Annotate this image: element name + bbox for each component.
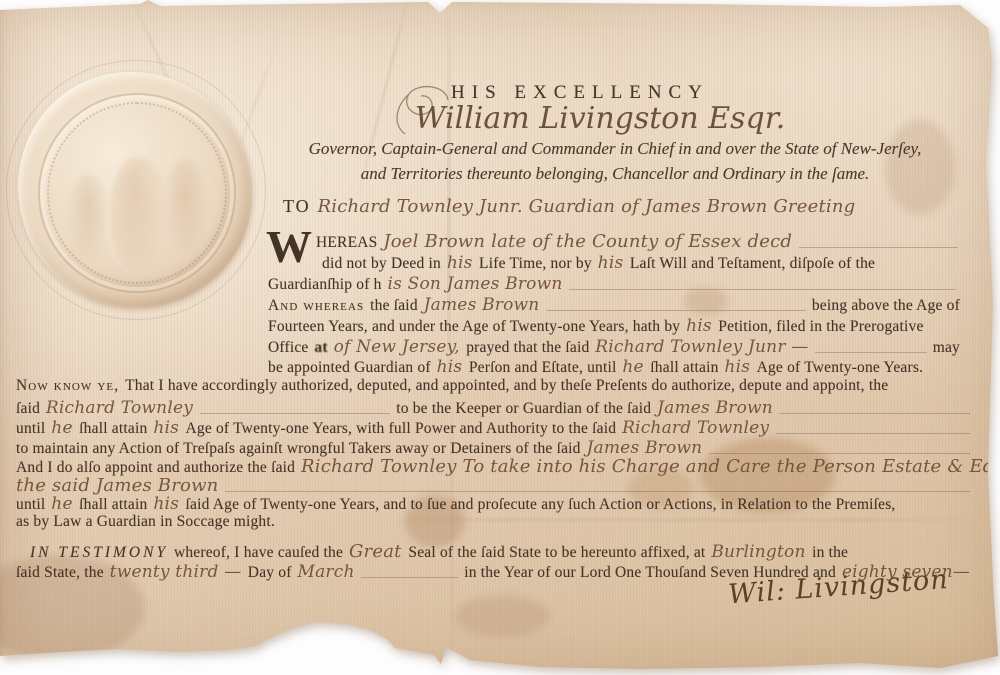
ink-blotted-word: at	[314, 339, 327, 357]
body-line-10: until he ſhall attain his Age of Twenty-…	[16, 418, 970, 438]
blank-rule	[709, 453, 970, 454]
seal-relief-left-figure	[68, 175, 108, 260]
printed-text: Age of Twenty-one Years.	[757, 359, 924, 377]
printed-text: whereof, I have cauſed the	[174, 544, 343, 562]
printed-text: Office	[268, 339, 309, 357]
handwritten-text: twenty third —	[110, 562, 242, 582]
blank-rule	[569, 289, 956, 290]
body-line-3: Guardianſhip of h is Son James Brown	[268, 274, 956, 294]
printed-text: Laſt Will and Teſtament, diſpoſe of the	[630, 255, 875, 273]
dropcap-w: W	[266, 224, 312, 270]
stain	[455, 595, 550, 637]
blank-rule	[200, 413, 391, 414]
handwritten-text: the said James Brown	[16, 475, 218, 496]
handwritten-text: Richard Townley	[46, 398, 193, 418]
handwritten-text: his	[447, 253, 473, 273]
recipient-handwritten: Richard Townley Junr. Guardian of James …	[318, 196, 856, 217]
handwritten-text: he	[51, 418, 72, 438]
printed-text: to be the Keeper or Guardian of the ſaid	[396, 400, 651, 418]
body-line-4: And whereas the ſaid James Brown being a…	[268, 295, 960, 315]
blank-rule	[546, 310, 806, 311]
handwritten-text: his	[153, 418, 179, 438]
handwritten-text: of New Jersey,	[334, 337, 460, 357]
handwritten-text: his	[598, 253, 624, 273]
body-line-12: And I do alſo appoint and authorize the …	[16, 456, 970, 477]
printed-text: ſaid State, the	[16, 564, 104, 582]
printed-text: may	[933, 339, 960, 357]
printed-text: HEREAS	[316, 234, 377, 252]
printed-text: Guardianſhip of h	[268, 276, 382, 294]
salutation-line: TO Richard Townley Junr. Guardian of Jam…	[283, 196, 940, 217]
handwritten-text: his	[153, 494, 179, 514]
handwritten-text: James Brown	[424, 295, 540, 315]
body-line-14: until he ſhall attain his ſaid Age of Tw…	[16, 494, 970, 514]
printed-text: be appointed Guardian of	[268, 359, 431, 377]
handwritten-text: Great	[349, 541, 402, 562]
printed-text: Age of Twenty-one Years, with full Power…	[185, 420, 616, 438]
to-label: TO	[283, 196, 311, 217]
printed-text: as by Law a Guardian in Soccage might.	[16, 513, 275, 531]
printed-text: the ſaid	[370, 297, 418, 315]
office-line-2: and Territories thereunto belonging, Cha…	[250, 164, 980, 184]
body-line-2: did not by Deed in his Life Time, nor by…	[322, 253, 956, 273]
office-line-1: Governor, Captain-General and Commander …	[250, 139, 980, 159]
printed-text: Petition, filed in the Prerogative	[718, 318, 923, 336]
printed-text: ſhall attain	[79, 496, 147, 514]
handwritten-text: Burlington	[711, 542, 805, 562]
printed-text: prayed that the ſaid	[466, 339, 589, 357]
printed-text: Life Time, nor by	[479, 255, 592, 273]
printed-text: That I have accordingly authorized, depu…	[125, 377, 888, 395]
seal-relief-right-figure	[164, 160, 206, 255]
blank-rule	[776, 433, 970, 434]
handwritten-text: James Brown	[587, 438, 703, 458]
printed-text: ſhall attain	[650, 359, 718, 377]
handwritten-text: Richard Townley Junr —	[595, 337, 808, 357]
blank-rule	[225, 491, 970, 492]
body-line-7: be appointed Guardian of his Perſon and …	[268, 357, 960, 377]
seal-relief-center	[106, 155, 168, 273]
printed-text: And whereas	[268, 297, 364, 315]
blank-rule	[815, 352, 927, 353]
handwritten-text: he	[51, 494, 72, 514]
handwritten-text: he	[622, 357, 643, 377]
aged-parchment: HIS EXCELLENCY William Livingston Esqr. …	[0, 0, 1000, 675]
body-line-6: Office at of New Jersey, prayed that the…	[268, 337, 960, 357]
printed-text: IN TESTIMONY	[30, 544, 168, 562]
handwritten-text: Richard Townley	[622, 418, 769, 438]
handwritten-text: his	[686, 316, 712, 336]
blank-rule	[779, 413, 970, 414]
body-line-5: Fourteen Years, and under the Age of Twe…	[268, 316, 960, 336]
governor-name-script: William Livingston Esqr.	[370, 101, 830, 136]
body-line-8: Now know ye, That I have accordingly aut…	[16, 377, 970, 395]
printed-text: until	[16, 420, 45, 438]
printed-text: in the	[812, 544, 848, 562]
printed-text: ſhall attain	[79, 420, 147, 438]
body-line-11: to maintain any Action of Treſpaſs again…	[16, 438, 970, 458]
body-line-13: the said James Brown	[16, 475, 970, 496]
printed-text: Perſon and Eſtate, until	[469, 359, 617, 377]
printed-text: ſaid	[16, 400, 40, 418]
handwritten-text: James Brown	[657, 398, 773, 418]
blank-rule	[361, 577, 458, 578]
handwritten-text: Joel Brown late of the County of Essex d…	[383, 231, 792, 252]
body-line-1: HEREAS Joel Brown late of the County of …	[316, 231, 958, 252]
printed-text: ſaid Age of Twenty-one Years, and to ſue…	[185, 496, 895, 514]
printed-text: Fourteen Years, and under the Age of Twe…	[268, 318, 680, 336]
printed-text: did not by Deed in	[322, 255, 441, 273]
blank-rule	[799, 247, 958, 248]
handwritten-text: is Son James Brown	[387, 274, 562, 294]
printed-text: Now know ye,	[16, 377, 119, 395]
paper-sheet: HIS EXCELLENCY William Livingston Esqr. …	[0, 0, 1000, 675]
printed-text: being above the Age of	[812, 297, 960, 315]
embossed-great-seal-icon	[6, 60, 266, 322]
body-line-9: ſaid Richard Townley to be the Keeper or…	[16, 398, 970, 418]
document-scan: HIS EXCELLENCY William Livingston Esqr. …	[0, 0, 1000, 675]
body-line-15: as by Law a Guardian in Soccage might.	[16, 513, 970, 531]
handwritten-text: his	[437, 357, 463, 377]
printed-text: until	[16, 496, 45, 514]
handwritten-text: his	[724, 357, 750, 377]
printed-text: Day of	[248, 564, 292, 582]
testimony-line-1: IN TESTIMONY whereof, I have cauſed the …	[30, 541, 970, 562]
handwritten-text: March	[297, 562, 354, 582]
handwritten-text: Richard Townley To take into his Charge …	[301, 456, 1000, 477]
printed-text: Seal of the ſaid State to be hereunto af…	[408, 544, 705, 562]
